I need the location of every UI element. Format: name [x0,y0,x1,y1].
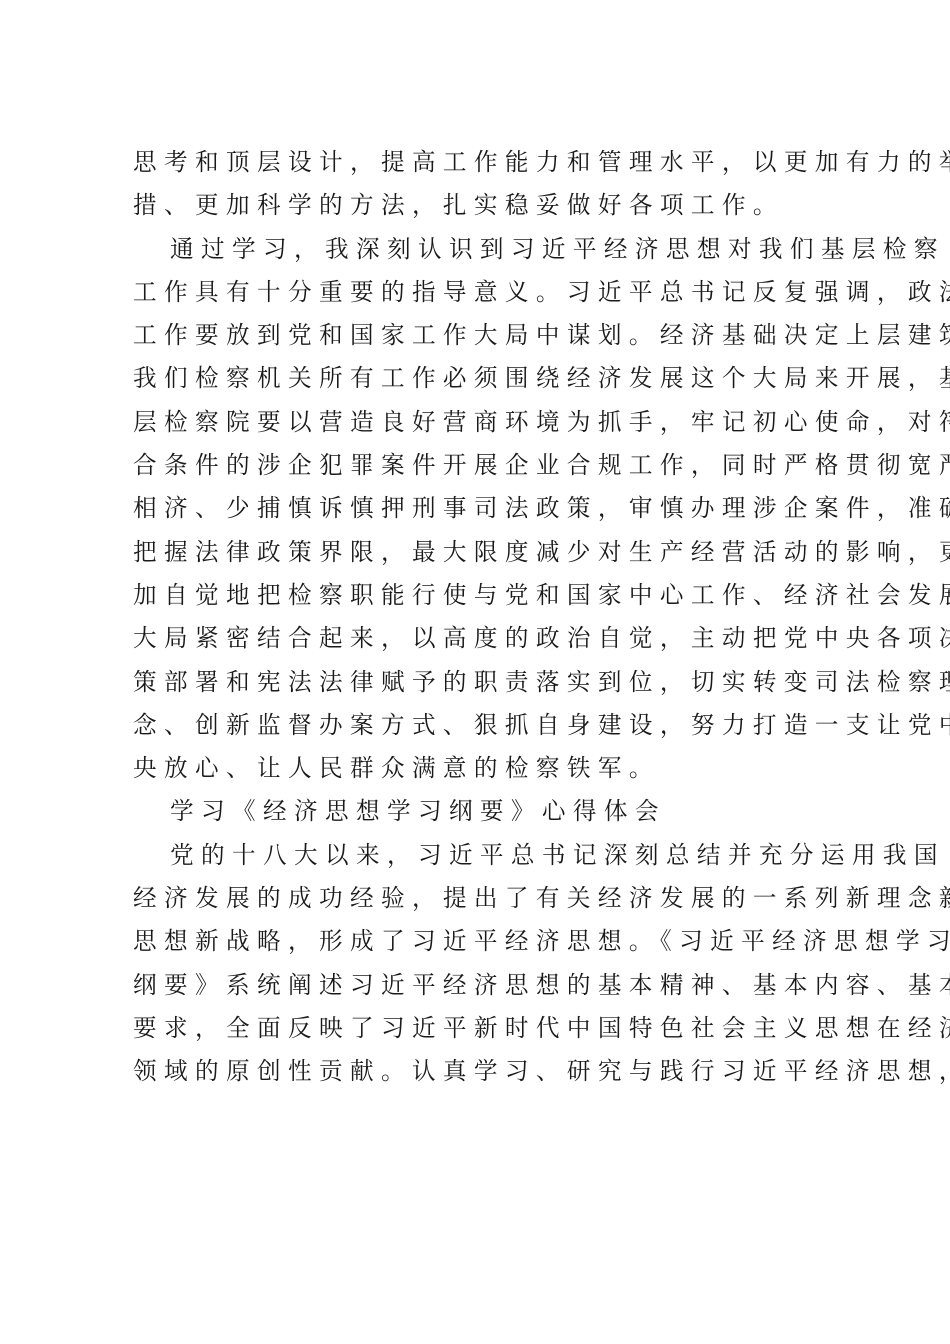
text-line: 相济、少捕慎诉慎押刑事司法政策，审慎办理涉企案件，准确 [133,487,823,530]
text-line: 工作具有十分重要的指导意义。习近平总书记反复强调，政法 [133,271,823,314]
text-line: 领域的原创性贡献。认真学习、研究与践行习近平经济思想， [133,1050,823,1093]
text-line: 我们检察机关所有工作必须围绕经济发展这个大局来开展，基 [133,357,823,400]
document-page: 思考和顶层设计，提高工作能力和管理水平，以更加有力的举 措、更加科学的方法，扎实… [133,141,823,1094]
text-line: 念、创新监督办案方式、狠抓自身建设，努力打造一支让党中 [133,704,823,747]
text-line: 加自觉地把检察职能行使与党和国家中心工作、经济社会发展 [133,574,823,617]
text-line: 党的十八大以来，习近平总书记深刻总结并充分运用我国 [133,834,823,877]
paragraph-intro: 党的十八大以来，习近平总书记深刻总结并充分运用我国 经济发展的成功经验，提出了有… [133,834,823,1094]
text-line: 思考和顶层设计，提高工作能力和管理水平，以更加有力的举 [133,141,823,184]
text-line: 央放心、让人民群众满意的检察铁军。 [133,747,823,790]
section-heading: 学习《经济思想学习纲要》心得体会 [133,790,823,833]
text-line: 策部署和宪法法律赋予的职责落实到位，切实转变司法检察理 [133,661,823,704]
text-line: 思想新战略，形成了习近平经济思想。《习近平经济思想学习 [133,920,823,963]
text-line: 工作要放到党和国家工作大局中谋划。经济基础决定上层建筑， [133,314,823,357]
text-line: 纲要》系统阐述习近平经济思想的基本精神、基本内容、基本 [133,964,823,1007]
text-line: 经济发展的成功经验，提出了有关经济发展的一系列新理念新 [133,877,823,920]
text-line: 要求，全面反映了习近平新时代中国特色社会主义思想在经济 [133,1007,823,1050]
text-line: 通过学习，我深刻认识到习近平经济思想对我们基层检察 [133,228,823,271]
text-line: 大局紧密结合起来，以高度的政治自觉，主动把党中央各项决 [133,617,823,660]
text-line: 措、更加科学的方法，扎实稳妥做好各项工作。 [133,184,823,227]
heading-text: 学习《经济思想学习纲要》心得体会 [133,790,823,833]
paragraph-study-insight: 通过学习，我深刻认识到习近平经济思想对我们基层检察 工作具有十分重要的指导意义。… [133,228,823,791]
text-line: 把握法律政策界限，最大限度减少对生产经营活动的影响，更 [133,531,823,574]
text-line: 层检察院要以营造良好营商环境为抓手，牢记初心使命，对符 [133,401,823,444]
text-line: 合条件的涉企犯罪案件开展企业合规工作，同时严格贯彻宽严 [133,444,823,487]
paragraph-continuation: 思考和顶层设计，提高工作能力和管理水平，以更加有力的举 措、更加科学的方法，扎实… [133,141,823,228]
